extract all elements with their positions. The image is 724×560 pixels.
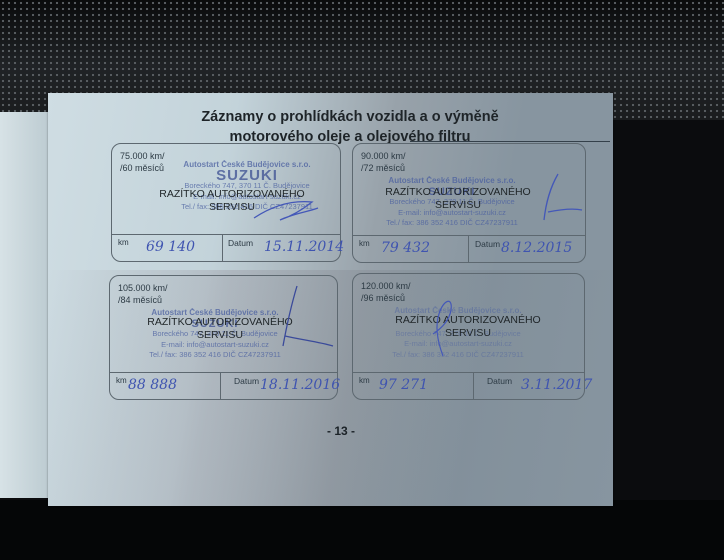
record-footer: km Datum 69 140 15.11.2014 (112, 234, 340, 261)
booklet-left-page (0, 112, 50, 498)
signature (252, 196, 322, 224)
interval-label: 120.000 km/ /96 měsíců (361, 280, 411, 304)
signature (423, 290, 463, 360)
km-value: 69 140 (146, 239, 195, 255)
km-value: 97 271 (379, 377, 428, 393)
signature (275, 284, 335, 354)
record-footer: km Datum 97 271 3.11.2017 (353, 372, 584, 399)
stamp-placeholder-text: RAZÍTKO AUTORIZOVANÉHOSERVISU (383, 314, 553, 340)
date-value: 8.12.2015 (501, 240, 572, 256)
record-footer: km Datum 88 888 18.11.2016 (110, 372, 337, 399)
interval-label: 90.000 km/ /72 měsíců (361, 150, 406, 174)
date-value: 3.11.2017 (521, 377, 592, 393)
suzuki-logo: SUZUKI (162, 171, 332, 182)
page-number: - 13 - (327, 424, 355, 438)
interval-label: 75.000 km/ /60 měsíců (120, 150, 165, 174)
service-record-3: 105.000 km/ /84 měsíců Autostart České B… (109, 275, 338, 400)
stamp-placeholder-text: RAZÍTKO AUTORIZOVANÉHOSERVISU (373, 186, 543, 212)
car-floor-shadow (0, 500, 724, 560)
km-value: 79 432 (381, 240, 430, 256)
title-underline (410, 141, 610, 142)
service-record-2: 90.000 km/ /72 měsíců Autostart České Bu… (352, 143, 586, 263)
service-record-1: 75.000 km/ /60 měsíců Autostart České Bu… (111, 143, 341, 262)
date-value: 18.11.2016 (260, 377, 340, 393)
date-value: 15.11.2014 (264, 239, 344, 255)
title-line-1: Záznamy o prohlídkách vozidla a o výměně (150, 107, 550, 127)
km-value: 88 888 (128, 377, 177, 393)
signature (528, 172, 583, 227)
interval-label: 105.000 km/ /84 měsíců (118, 282, 168, 306)
record-footer: km Datum 79 432 8.12.2015 (353, 235, 585, 262)
service-record-4: 120.000 km/ /96 měsíců Autostart České B… (352, 273, 585, 400)
